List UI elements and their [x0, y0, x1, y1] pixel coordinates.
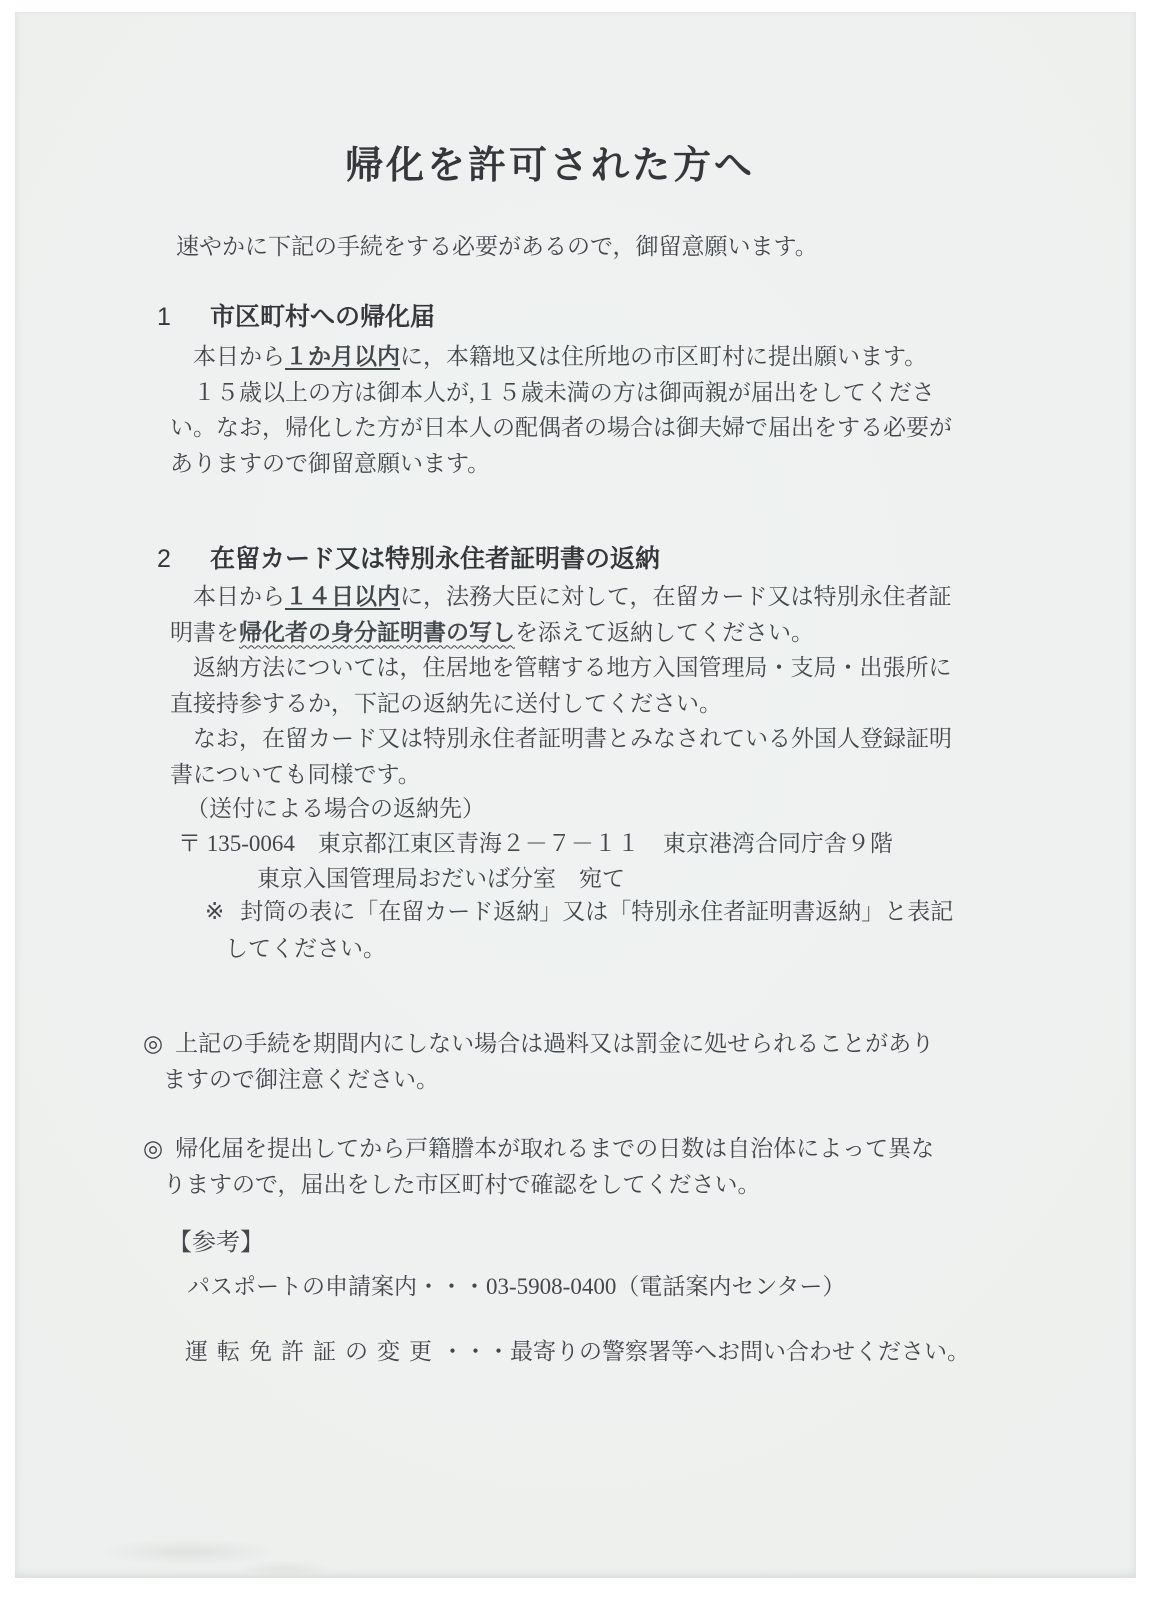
- section1-body: 本日から１か月以内に，本籍地又は住所地の市区町村に提出願います。 １５歳以上の方…: [170, 339, 952, 481]
- return-address-label: （送付による場合の返納先）: [186, 791, 485, 826]
- reference-passport-line: パスポートの申請案内・・・03-5908-0400（電話案内センター）: [187, 1269, 845, 1304]
- double-circle-bullet: ◎: [143, 1031, 163, 1056]
- body-line: 本日から１４日以内に，法務大臣に対して，在留カード又は特別永住者証: [170, 579, 952, 615]
- license-info: 最寄りの警察署等へお問い合わせください。: [510, 1339, 970, 1364]
- intro-text: 速やかに下記の手続をする必要があるので，御留意願います。: [176, 229, 818, 264]
- envelope-note: ※封筒の表に「在留カード返納」又は「特別永住者証明書返納」と表記 してください。: [205, 894, 953, 967]
- body-line: １５歳以上の方は御本人が,１５歳未満の方は御両親が届出をしてくださ: [170, 375, 952, 411]
- reference-heading: 【参考】: [168, 1227, 264, 1260]
- body-line: ※封筒の表に「在留カード返納」又は「特別永住者証明書返納」と表記: [205, 894, 953, 931]
- section2-heading: 2在留カード又は特別永住者証明書の返納: [157, 543, 660, 576]
- return-address-line2: 東京入国管理局おだいば分室 宛て: [257, 861, 625, 896]
- body-line: ますので御注意ください。: [143, 1062, 1003, 1098]
- body-line: 本日から１か月以内に，本籍地又は住所地の市区町村に提出願います。: [170, 339, 952, 375]
- section1-heading: 1市区町村への帰化届: [157, 301, 435, 334]
- page-title: 帰化を許可された方へ: [0, 140, 1100, 192]
- passport-phone: 03-5908-0400（電話案内センター）: [486, 1274, 845, 1299]
- text-segment: を添えて返納してください。: [515, 620, 814, 645]
- body-line: ◎上記の手続を期間内にしない場合は過料又は罰金に処せられることがあり: [143, 1026, 1003, 1062]
- body-line: 明書を帰化者の身分証明書の写しを添えて返納してください。: [170, 615, 952, 651]
- return-address-line1: 〒 135-0064 東京都江東区青海２－７－１１ 東京港湾合同庁舎９階: [178, 826, 893, 861]
- text-segment: に，本籍地又は住所地の市区町村に提出願います。: [400, 344, 927, 369]
- body-line: い。なお，帰化した方が日本人の配偶者の場合は御夫婦で届出をする必要が: [170, 410, 952, 446]
- text-segment: に，法務大臣に対して，在留カード又は特別永住者証: [400, 584, 952, 609]
- caution-penalty: ◎上記の手続を期間内にしない場合は過料又は罰金に処せられることがあり ますので御…: [143, 1026, 1003, 1098]
- dots-separator: ・・・: [441, 1339, 510, 1364]
- section2-number: 2: [157, 543, 171, 576]
- text-segment: 封筒の表に「在留カード返納」又は「特別永住者証明書返納」と表記: [240, 899, 953, 924]
- body-line: 直接持参するか，下記の返納先に送付してください。: [170, 686, 952, 722]
- section1-heading-label: 市区町村への帰化届: [210, 303, 435, 331]
- underlined-deadline: １４日以内: [285, 584, 400, 609]
- body-line: ありますので御留意願います。: [170, 446, 952, 482]
- underlined-deadline: １か月以内: [285, 344, 400, 369]
- double-circle-bullet: ◎: [143, 1136, 163, 1161]
- text-segment: 本日から: [193, 584, 285, 609]
- text-segment: 帰化届を提出してから戸籍謄本が取れるまでの日数は自治体によって異な: [175, 1136, 934, 1161]
- text-segment: 上記の手続を期間内にしない場合は過料又は罰金に処せられることがあり: [175, 1031, 934, 1056]
- dots-separator: ・・・: [417, 1274, 486, 1299]
- reference-license-line: 運転免許証の変更・・・最寄りの警察署等へお問い合わせください。: [185, 1334, 970, 1369]
- body-line: なお，在留カード又は特別永住者証明書とみなされている外国人登録証明: [170, 721, 952, 757]
- license-label: 運転免許証の変更: [185, 1339, 441, 1364]
- scanned-document: { "doc": { "title": "帰化を許可された方へ", "intro…: [0, 0, 1163, 1600]
- text-segment: 本日から: [193, 344, 285, 369]
- body-line: ◎帰化届を提出してから戸籍謄本が取れるまでの日数は自治体によって異な: [143, 1131, 1003, 1167]
- passport-label: パスポートの申請案内: [187, 1274, 417, 1299]
- section2-heading-label: 在留カード又は特別永住者証明書の返納: [210, 545, 660, 573]
- body-line: 返納方法については，住居地を管轄する地方入国管理局・支局・出張所に: [170, 650, 952, 686]
- body-line: りますので，届出をした市区町村で確認をしてください。: [143, 1167, 1003, 1203]
- body-line: してください。: [205, 931, 953, 968]
- caution-family-register: ◎帰化届を提出してから戸籍謄本が取れるまでの日数は自治体によって異な りますので…: [143, 1131, 1003, 1203]
- section1-number: 1: [157, 301, 171, 334]
- body-line: 書についても同様です。: [170, 757, 952, 793]
- text-segment: 明書を: [170, 620, 239, 645]
- asterisk-mark: ※: [205, 899, 224, 924]
- section2-body: 本日から１４日以内に，法務大臣に対して，在留カード又は特別永住者証 明書を帰化者…: [170, 579, 952, 792]
- wavy-underlined-text: 帰化者の身分証明書の写し: [239, 620, 515, 645]
